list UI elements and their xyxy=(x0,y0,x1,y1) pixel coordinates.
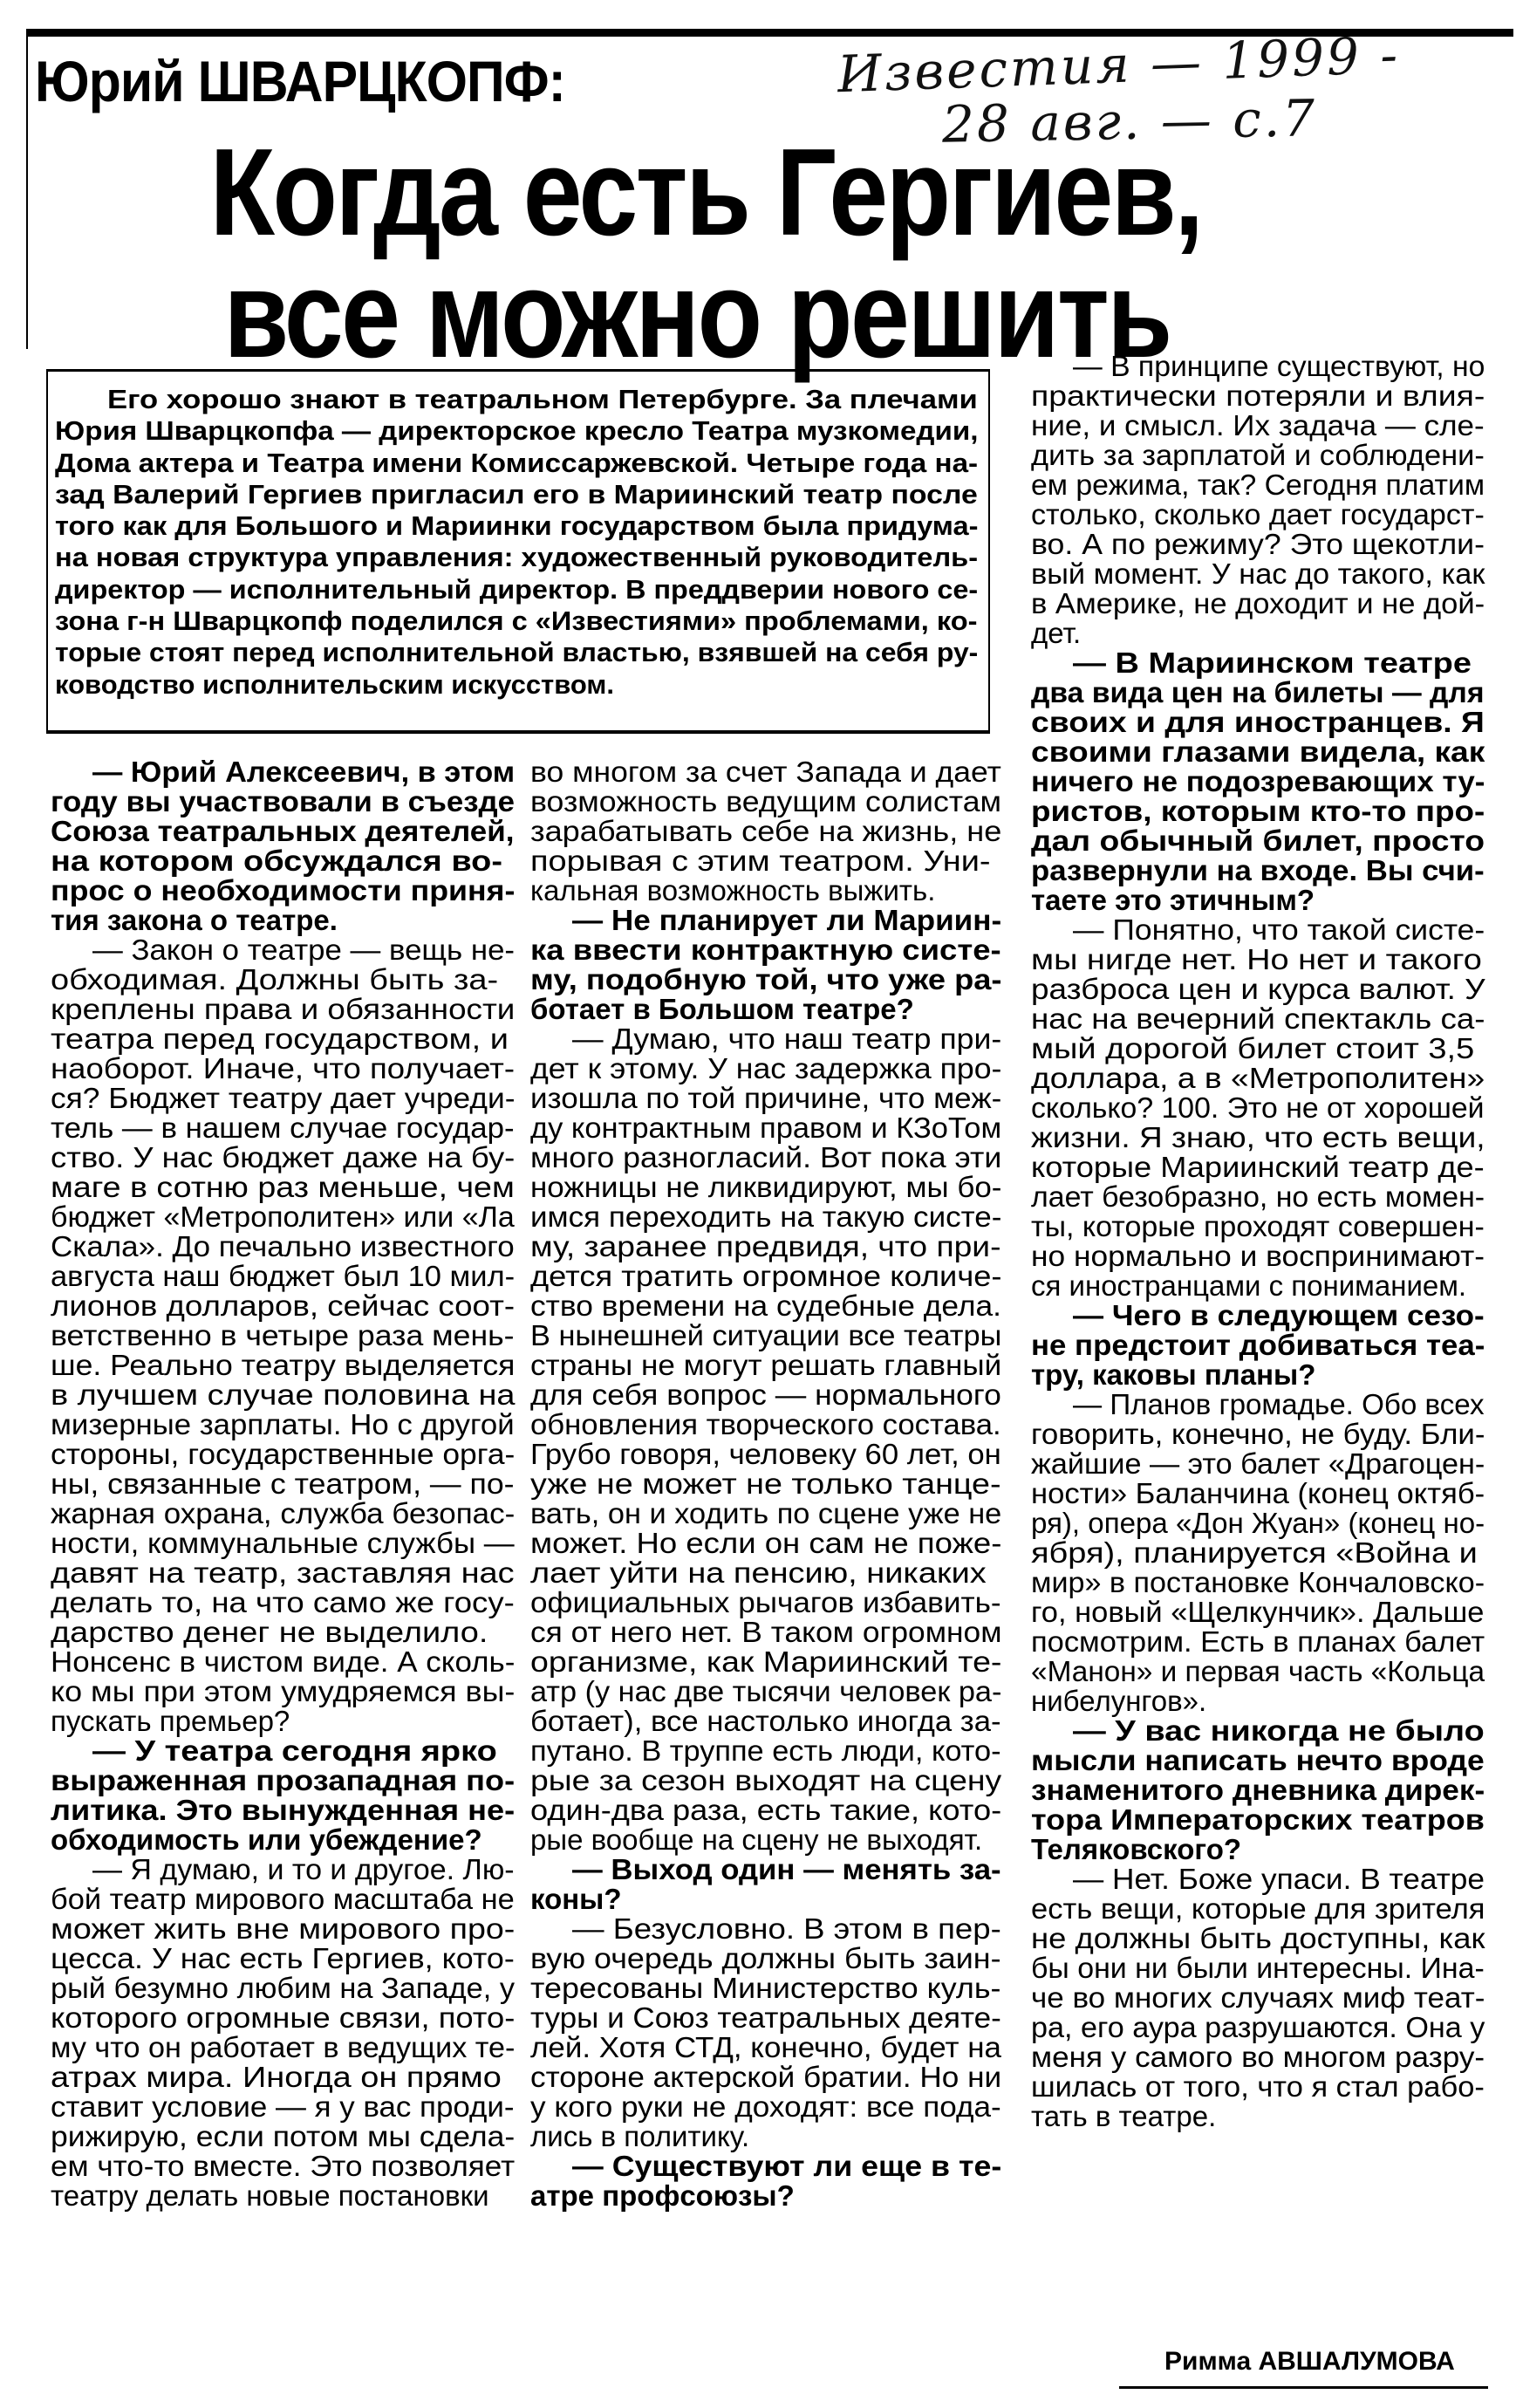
text-line: тересованы Министерство куль- xyxy=(530,1974,1001,2003)
text-line: обходимая. Должны быть за- xyxy=(51,965,515,995)
interview-question: — Чего в следующем сезо-не предстоит доб… xyxy=(1031,1301,1485,1390)
text-line: ду контрактным правом и КЗоТом xyxy=(530,1113,1001,1143)
text-line: уже не может не только танце- xyxy=(530,1469,1001,1499)
interview-answer: — Я думаю, и то и другое. Лю-бой театр м… xyxy=(51,1855,515,2211)
text-line: ября), планируется «Война и xyxy=(1031,1538,1485,1568)
text-line: — Думаю, что наш театр при- xyxy=(530,1024,1001,1054)
interview-answer: — Безусловно. В этом в пер-вую очередь д… xyxy=(530,1914,1001,2151)
text-line: наоборот. Иначе, что получает- xyxy=(51,1054,515,1084)
lead-paragraph: Его хорошо знают в театральном Петербург… xyxy=(55,384,978,701)
text-line: лись в политику. xyxy=(530,2122,1001,2151)
text-line: вать, он и ходить по сцене уже не xyxy=(530,1499,1001,1529)
text-line: — Юрий Алексеевич, в этом xyxy=(51,757,515,787)
text-line: лает уйти на пенсию, никаких xyxy=(530,1558,1001,1588)
text-line: ветственно в четыре раза мень- xyxy=(51,1321,515,1351)
text-line: — Я думаю, и то и другое. Лю- xyxy=(51,1855,515,1885)
text-line: может жить вне мирового про- xyxy=(51,1914,515,1944)
text-line: — Планов громадье. Обо всех xyxy=(1031,1390,1485,1419)
interview-answer: во многом за счет Запада и даетвозможнос… xyxy=(530,757,1001,906)
text-line: мысли написать нечто вроде xyxy=(1031,1746,1485,1775)
text-line: Союза театральных деятелей, xyxy=(51,817,515,846)
text-line: му, заранее предвидя, что при- xyxy=(530,1232,1001,1262)
text-line: — Не планирует ли Мариин- xyxy=(530,906,1001,935)
text-line: два вида цен на билеты — для xyxy=(1031,678,1485,708)
text-line: — У вас никогда не было xyxy=(1031,1716,1485,1746)
text-line: лает безобразно, но есть момен- xyxy=(1031,1182,1485,1212)
text-line: че во многих случаях миф теат- xyxy=(1031,1983,1485,2013)
text-line: у кого руки не доходят: все пода- xyxy=(530,2092,1001,2122)
text-line: тора Императорских театров xyxy=(1031,1805,1485,1835)
text-line: Грубо говоря, человеку 60 лет, он xyxy=(530,1440,1001,1469)
bottom-rule xyxy=(1119,2386,1488,2389)
text-line: — Безусловно. В этом в пер- xyxy=(530,1914,1001,1944)
text-line: атрах мира. Иногда он прямо xyxy=(51,2063,515,2092)
text-line: много разногласий. Вот пока эти xyxy=(530,1143,1001,1173)
text-line: ся от него нет. В таком огромном xyxy=(530,1618,1001,1647)
text-line: — Нет. Боже упаси. В театре xyxy=(1031,1864,1485,1894)
text-line: рый безумно любим на Западе, у xyxy=(51,1974,515,2003)
text-line: рижирую, если потом мы сдела- xyxy=(51,2122,515,2151)
text-line: атр (у нас две тысячи человек ра- xyxy=(530,1677,1001,1707)
text-line: ше. Реально театру выделяется xyxy=(51,1351,515,1380)
text-line: дется тратить огромное количе- xyxy=(530,1262,1001,1291)
interview-question: — У театра сегодня ярковыраженная прозап… xyxy=(51,1736,515,1855)
text-line: ны, связанные с театром, — по- xyxy=(51,1469,515,1499)
lead-line: на новая структура управления: художеств… xyxy=(55,542,978,573)
text-line: ря), опера «Дон Жуан» (конец но- xyxy=(1031,1508,1485,1538)
interview-answer: — Думаю, что наш театр при-дет к этому. … xyxy=(530,1024,1001,1855)
interview-answer: — Планов громадье. Обо всехговорить, кон… xyxy=(1031,1390,1485,1716)
text-line: ся? Бюджет театру дает учреди- xyxy=(51,1084,515,1113)
text-line: не предстоит добиваться теа- xyxy=(1031,1331,1485,1360)
text-line: дарство денег не выделило. xyxy=(51,1618,515,1647)
text-line: таете это этичным? xyxy=(1031,886,1485,915)
text-line: сколько? 100. Это не от хорошей xyxy=(1031,1093,1485,1123)
text-line: стороны, государственные орга- xyxy=(51,1440,515,1469)
text-line: своими глазами видела, как xyxy=(1031,737,1485,767)
text-line: ем что-то вместе. Это позволяет xyxy=(51,2151,515,2181)
text-line: возможность ведущим солистам xyxy=(530,787,1001,817)
column-left: — Юрий Алексеевич, в этомгоду вы участво… xyxy=(51,757,515,2211)
text-line: ра, его аура разрушаются. Она у xyxy=(1031,2013,1485,2042)
text-line: ка ввести контрактную систе- xyxy=(530,935,1001,965)
text-line: говорить, конечно, не буду. Бли- xyxy=(1031,1419,1485,1449)
text-line: посмотрим. Есть в планах балет xyxy=(1031,1627,1485,1657)
text-line: дал обычный билет, просто xyxy=(1031,826,1485,856)
text-line: которого огромные связи, пото- xyxy=(51,2003,515,2033)
text-line: — Выход один — менять за- xyxy=(530,1855,1001,1885)
lead-line: зад Валерий Гергиев пригласил его в Мари… xyxy=(55,479,978,510)
lead-line: того как для Большого и Мариинки государ… xyxy=(55,510,978,542)
lead-line: Дома актера и Театра имени Комиссаржевск… xyxy=(55,448,978,479)
text-line: тать в театре. xyxy=(1031,2102,1485,2131)
lead-line: Его хорошо знают в театральном Петербург… xyxy=(55,384,978,415)
text-line: Теляковского? xyxy=(1031,1835,1485,1864)
text-line: — Понятно, что такой систе- xyxy=(1031,915,1485,945)
text-line: ем режима, так? Сегодня платим xyxy=(1031,470,1485,500)
kicker: Юрий ШВАРЦКОПФ: xyxy=(35,52,565,110)
text-line: дет к этому. У нас задержка про- xyxy=(530,1054,1001,1084)
text-line: ся иностранцами с пониманием. xyxy=(1031,1271,1485,1301)
lead-line: Юрия Шварцкопфа — директорское кресло Те… xyxy=(55,415,978,447)
text-line: жайшие — это балет «Драгоцен- xyxy=(1031,1449,1485,1479)
text-line: обновления творческого состава. xyxy=(530,1410,1001,1440)
text-line: тель — в нашем случае государ- xyxy=(51,1113,515,1143)
text-line: — Существуют ли еще в те- xyxy=(530,2151,1001,2181)
text-line: путано. В труппе есть люди, кото- xyxy=(530,1736,1001,1766)
text-line: во многом за счет Запада и дает xyxy=(530,757,1001,787)
interview-answer: — В принципе существуют, нопрактически п… xyxy=(1031,352,1485,648)
lead-line: зона г-н Шварцкопф поделился с «Известия… xyxy=(55,605,978,637)
text-line: стороне актерской братии. Но ни xyxy=(530,2063,1001,2092)
interview-question: — Юрий Алексеевич, в этомгоду вы участво… xyxy=(51,757,515,935)
text-line: дить за зарплатой и соблюдени- xyxy=(1031,441,1485,470)
text-line: доллара, а в «Метрополитен» xyxy=(1031,1064,1485,1093)
text-line: нибелунгов». xyxy=(1031,1686,1485,1716)
text-line: ности, коммунальные службы — xyxy=(51,1529,515,1558)
text-line: порывая с этим театром. Уни- xyxy=(530,846,1001,876)
text-line: ство. У нас бюджет даже на бу- xyxy=(51,1143,515,1173)
text-line: бы они ни были интересны. Ина- xyxy=(1031,1953,1485,1983)
text-line: му что он работает в ведущих те- xyxy=(51,2033,515,2063)
text-line: мир» в постановке Кончаловско- xyxy=(1031,1568,1485,1597)
text-line: столько, сколько дает государст- xyxy=(1031,500,1485,530)
text-line: организме, как Мариинский те- xyxy=(530,1647,1001,1677)
text-line: литика. Это вынужденная не- xyxy=(51,1796,515,1825)
text-line: делать то, на что само же госу- xyxy=(51,1588,515,1618)
text-line: лей. Хотя СТД, конечно, будет на xyxy=(530,2033,1001,2063)
interview-answer: — Нет. Боже упаси. В театреесть вещи, ко… xyxy=(1031,1864,1485,2131)
text-line: рые вообще на сцену не выходят. xyxy=(530,1825,1001,1855)
text-line: изошла по той причине, что меж- xyxy=(530,1084,1001,1113)
text-line: туры и Союз театральных деяте- xyxy=(530,2003,1001,2033)
interview-question: — Выход один — менять за-коны? xyxy=(530,1855,1001,1914)
interview-answer: — Понятно, что такой систе-мы нигде нет.… xyxy=(1031,915,1485,1301)
headline-line-1: Когда есть Гергиев, xyxy=(54,131,1358,255)
text-line: обходимость или убеждение? xyxy=(51,1825,515,1855)
text-line: один-два раза, есть такие, кото- xyxy=(530,1796,1001,1825)
text-line: меня у самого во многом разру- xyxy=(1031,2042,1485,2072)
text-line: рые за сезон выходят на сцену xyxy=(530,1766,1001,1796)
text-line: в Америке, не доходит и не дой- xyxy=(1031,589,1485,619)
text-line: августа наш бюджет был 10 мил- xyxy=(51,1262,515,1291)
text-line: тру, каковы планы? xyxy=(1031,1360,1485,1390)
text-line: зарабатывать себе на жизнь, не xyxy=(530,817,1001,846)
text-line: «Манон» и первая часть «Кольца xyxy=(1031,1657,1485,1686)
text-line: Нонсенс в чистом виде. А сколь- xyxy=(51,1647,515,1677)
text-line: атре профсоюзы? xyxy=(530,2181,1001,2211)
text-line: шилась от того, что я стал рабо- xyxy=(1031,2072,1485,2102)
text-line: ности» Баланчина (конец октяб- xyxy=(1031,1479,1485,1508)
text-line: может. Но если он сам не поже- xyxy=(530,1529,1001,1558)
lead-line: торые стоят перед исполнительной властью… xyxy=(55,637,978,668)
text-line: для себя вопрос — нормального xyxy=(530,1380,1001,1410)
text-line: го, новый «Щелкунчик». Дальше xyxy=(1031,1597,1485,1627)
text-line: пускать премьер? xyxy=(51,1707,515,1736)
text-line: давят на театр, заставляя нас xyxy=(51,1558,515,1588)
interview-question: — Не планирует ли Мариин-ка ввести контр… xyxy=(530,906,1001,1024)
text-line: коны? xyxy=(530,1885,1001,1914)
text-line: жизни. Я знаю, что есть вещи, xyxy=(1031,1123,1485,1153)
column-right: — В принципе существуют, нопрактически п… xyxy=(1031,352,1485,2131)
text-line: ты, которые проходят совершен- xyxy=(1031,1212,1485,1242)
text-line: которые Мариинский театр де- xyxy=(1031,1153,1485,1182)
interview-question: — В Мариинском театредва вида цен на бил… xyxy=(1031,648,1485,915)
text-line: ние, и смысл. Их задача — сле- xyxy=(1031,411,1485,441)
text-line: тия закона о театре. xyxy=(51,906,515,935)
text-line: ботает в Большом театре? xyxy=(530,995,1001,1024)
text-line: во. А по режиму? Это щекотли- xyxy=(1031,530,1485,559)
text-line: — У театра сегодня ярко xyxy=(51,1736,515,1766)
text-line: кальная возможность выжить. xyxy=(530,876,1001,906)
text-line: страны не могут решать главный xyxy=(530,1351,1001,1380)
text-line: мый дорогой билет стоит 3,5 xyxy=(1031,1034,1485,1064)
text-line: в лучшем случае половина на xyxy=(51,1380,515,1410)
text-line: нас на вечерний спектакль са- xyxy=(1031,1004,1485,1034)
text-line: ристов, которым кто-то про- xyxy=(1031,797,1485,826)
text-line: му, подобную той, что уже ра- xyxy=(530,965,1001,995)
text-line: знаменитого дневника дирек- xyxy=(1031,1775,1485,1805)
text-line: не должны быть доступны, как xyxy=(1031,1924,1485,1953)
text-line: лионов долларов, сейчас соот- xyxy=(51,1291,515,1321)
text-line: театра перед государством, и xyxy=(51,1024,515,1054)
lead-line: ководство исполнительским искусством. xyxy=(55,669,978,701)
column-middle: во многом за счет Запада и даетвозможнос… xyxy=(530,757,1001,2211)
text-line: своих и для иностранцев. Я xyxy=(1031,708,1485,737)
text-line: ко мы при этом умудряемся вы- xyxy=(51,1677,515,1707)
text-line: вую очередь должны быть заин- xyxy=(530,1944,1001,1974)
text-line: В нынешней ситуации все театры xyxy=(530,1321,1001,1351)
text-line: практически потеряли и влия- xyxy=(1031,381,1485,411)
text-line: жарная охрана, служба безопас- xyxy=(51,1499,515,1529)
text-line: есть вещи, которые для зрителя xyxy=(1031,1894,1485,1924)
text-line: разброса цен и курса валют. У xyxy=(1031,975,1485,1004)
text-line: театру делать новые постановки xyxy=(51,2181,515,2211)
text-line: вый момент. У нас до такого, как xyxy=(1031,559,1485,589)
text-line: но нормально и воспринимают- xyxy=(1031,1242,1485,1271)
text-line: развернули на входе. Вы счи- xyxy=(1031,856,1485,886)
text-line: ставит условие — я у вас проди- xyxy=(51,2092,515,2122)
lead-line: директор — исполнительный директор. В пр… xyxy=(55,574,978,605)
text-line: — Чего в следующем сезо- xyxy=(1031,1301,1485,1331)
text-line: — В Мариинском театре xyxy=(1031,648,1485,678)
byline-author: Римма АВШАЛУМОВА xyxy=(1164,2347,1455,2377)
header-left-border xyxy=(26,35,28,349)
text-line: ничего не подозревающих ту- xyxy=(1031,767,1485,797)
text-line: году вы участвовали в съезде xyxy=(51,787,515,817)
text-line: — В принципе существуют, но xyxy=(1031,352,1485,381)
text-line: официальных рычагов избавить- xyxy=(530,1588,1001,1618)
interview-answer: — Закон о театре — вещь не-обходимая. До… xyxy=(51,935,515,1736)
text-line: мизерные зарплаты. Но с другой xyxy=(51,1410,515,1440)
interview-question: — У вас никогда не быломысли написать не… xyxy=(1031,1716,1485,1864)
text-line: маге в сотню раз меньше, чем xyxy=(51,1173,515,1202)
text-line: бюджет «Метрополитен» или «Ла xyxy=(51,1202,515,1232)
interview-question: — Существуют ли еще в те-атре профсоюзы? xyxy=(530,2151,1001,2211)
text-line: выраженная прозападная по- xyxy=(51,1766,515,1796)
text-line: ножницы не ликвидируют, мы бо- xyxy=(530,1173,1001,1202)
text-line: имся переходить на такую систе- xyxy=(530,1202,1001,1232)
text-line: цесса. У нас есть Гергиев, кото- xyxy=(51,1944,515,1974)
text-line: Скала». До печально известного xyxy=(51,1232,515,1262)
text-line: прос о необходимости приня- xyxy=(51,876,515,906)
text-line: креплены права и обязанности xyxy=(51,995,515,1024)
text-line: — Закон о театре — вещь не- xyxy=(51,935,515,965)
text-line: ботает), все настолько иногда за- xyxy=(530,1707,1001,1736)
text-line: на котором обсуждался во- xyxy=(51,846,515,876)
text-line: ство времени на судебные дела. xyxy=(530,1291,1001,1321)
text-line: бой театр мирового масштаба не xyxy=(51,1885,515,1914)
text-line: дет. xyxy=(1031,619,1485,648)
text-line: мы нигде нет. Но нет и такого xyxy=(1031,945,1485,975)
